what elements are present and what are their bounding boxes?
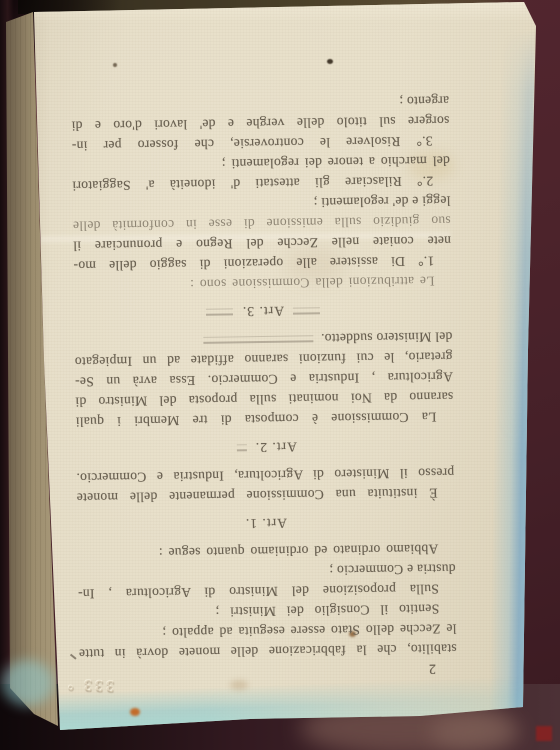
pen-dash-marks bbox=[293, 307, 320, 314]
rust-spot bbox=[130, 708, 140, 716]
embossed-stamp: 333 ° bbox=[65, 674, 115, 696]
pen-dash-marks bbox=[206, 309, 233, 316]
article-heading-label: Art. 2. bbox=[255, 440, 297, 456]
page-content-rotated-180: 2 333 ° stabilito, che la fabbricazione … bbox=[71, 84, 457, 687]
article-heading-label: Art. 3. bbox=[242, 304, 284, 320]
scan-color-fringe-left-bottom bbox=[2, 660, 54, 706]
scanned-page: 2 333 ° stabilito, che la fabbricazione … bbox=[0, 0, 560, 750]
page-number: 2 bbox=[429, 658, 437, 678]
ink-speck bbox=[327, 59, 333, 64]
ink-speck bbox=[113, 63, 117, 67]
article-heading: Art. 1. bbox=[77, 510, 455, 535]
article-heading: Art. 2. bbox=[76, 434, 454, 459]
pen-tick-mark bbox=[70, 654, 77, 660]
article-heading: Art. 3. bbox=[74, 298, 452, 323]
text-line-label: del Ministero suddetto. bbox=[321, 329, 453, 346]
scanned-book-photo: 2 333 ° stabilito, che la fabbricazione … bbox=[0, 0, 560, 750]
cover-red-detail bbox=[536, 726, 552, 741]
blurred-object-highlight bbox=[430, 712, 520, 750]
text-line: stabilito, che la fabbricazione delle mo… bbox=[79, 638, 457, 663]
text-block: stabilito, che la fabbricazione delle mo… bbox=[71, 90, 457, 687]
pen-dash-marks bbox=[203, 335, 313, 344]
pen-dash-marks bbox=[237, 444, 247, 451]
article-heading-label: Art. 1. bbox=[245, 516, 287, 532]
scan-color-fringe-right bbox=[489, 30, 535, 720]
